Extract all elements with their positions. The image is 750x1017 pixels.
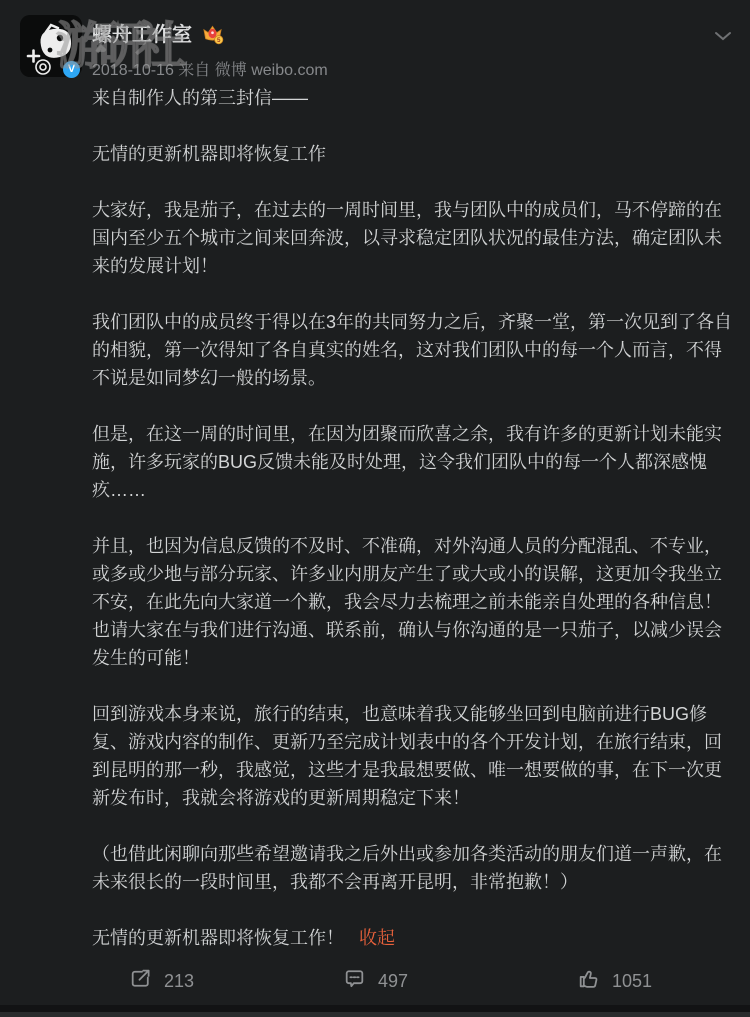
like-count: 1051 [612,971,652,992]
post-paragraph: 来自制作人的第三封信—— [92,84,738,112]
verified-badge-icon: V [63,61,80,78]
post-meta: 2018-10-16 来自 微博 weibo.com [92,57,732,80]
author-name[interactable]: 螺舟工作室 [92,18,192,47]
post-source-link[interactable]: 微博 weibo.com [215,62,328,79]
next-section-divider [0,1012,750,1017]
comment-button[interactable]: 497 [250,966,500,996]
chevron-down-icon[interactable] [714,28,732,46]
post-body: 来自制作人的第三封信—— 无情的更新机器即将恢复工作 大家好，我是茄子，在过去的… [92,84,738,960]
share-button[interactable]: 213 [36,966,286,996]
collapse-link[interactable]: 收起 [359,928,395,948]
post-header: V 螺舟工作室 5 2018-10-16 来自 微博 weibo.com [20,15,732,85]
vip-crown-icon: 5 [201,22,224,45]
share-icon [128,966,153,996]
weibo-post-card: 游研社 V 螺舟工作室 [0,0,750,1017]
post-final-line: 无情的更新机器即将恢复工作！ [92,928,344,948]
svg-text:5: 5 [217,37,221,44]
post-date: 2018-10-16 [92,62,174,79]
post-paragraph: 回到游戏本身来说，旅行的结束，也意味着我又能够坐回到电脑前进行BUG修复、游戏内… [92,700,738,812]
post-final-line-row: 无情的更新机器即将恢复工作！收起 [92,924,738,952]
post-paragraph: （也借此闲聊向那些希望邀请我之后外出或参加各类活动的朋友们道一声歉，在未来很长的… [92,840,738,896]
post-paragraph: 但是，在这一周的时间里，在因为团聚而欣喜之余，我有许多的更新计划未能实施，许多玩… [92,420,738,504]
author-block: 螺舟工作室 5 2018-10-16 来自 微博 weibo.com [92,15,732,80]
post-paragraph: 我们团队中的成员终于得以在3年的共同努力之后，齐聚一堂，第一次见到了各自的相貌，… [92,308,738,392]
action-bar: 213 497 1051 [0,961,750,1001]
card-gap [0,1005,750,1012]
post-paragraph: 无情的更新机器即将恢复工作 [92,140,738,168]
comment-icon [342,966,367,996]
share-count: 213 [164,971,194,992]
post-paragraph: 大家好，我是茄子，在过去的一周时间里，我与团队中的成员们，马不停蹄的在国内至少五… [92,196,738,280]
thumbs-up-icon [576,966,601,996]
post-paragraph: 并且，也因为信息反馈的不及时、不准确，对外沟通人员的分配混乱、不专业，或多或少地… [92,532,738,672]
comment-count: 497 [378,971,408,992]
via-label: 来自 [178,62,210,79]
like-button[interactable]: 1051 [489,966,739,996]
